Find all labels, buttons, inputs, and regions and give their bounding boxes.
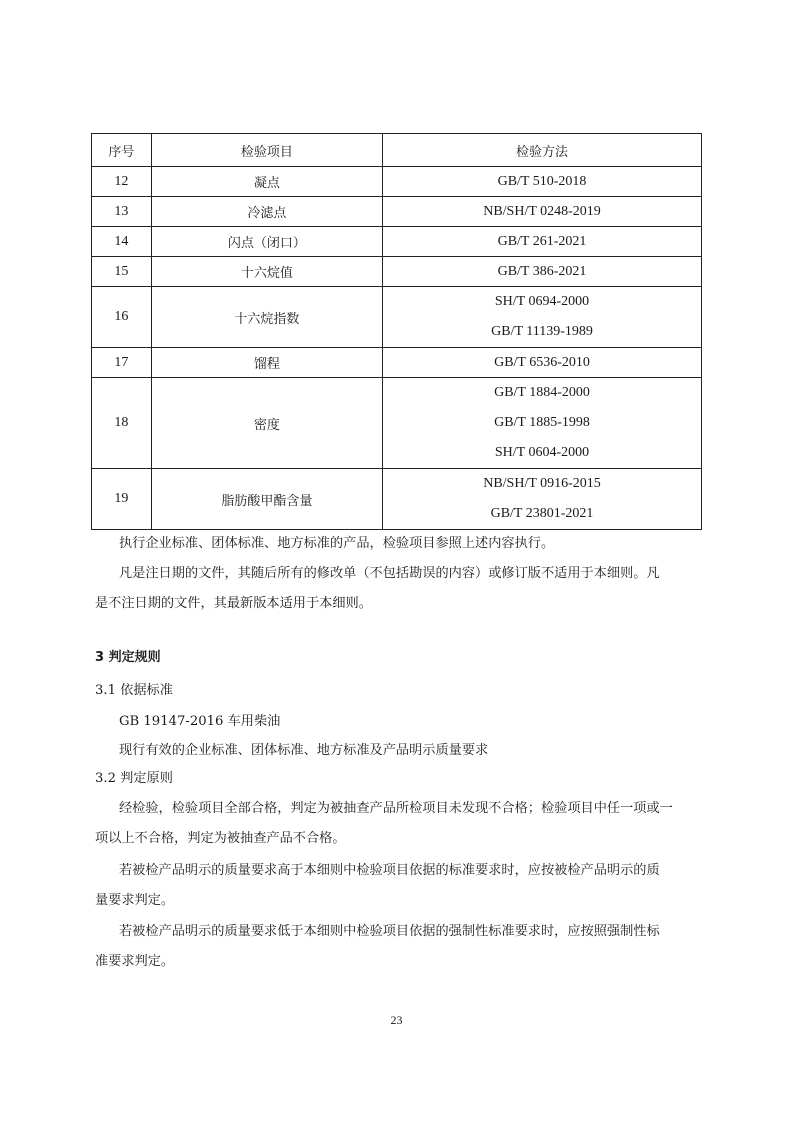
row-no: 12 bbox=[92, 167, 152, 197]
table-row: 13 冷滤点 NB/SH/T 0248-2019 bbox=[92, 197, 702, 227]
method-line: GB/T 11139-1989 bbox=[383, 317, 701, 347]
row-method: SH/T 0694-2000 GB/T 11139-1989 bbox=[383, 287, 702, 348]
row-method: NB/SH/T 0916-2015 GB/T 23801-2021 bbox=[383, 469, 702, 530]
method-line: GB/T 1885-1998 bbox=[383, 408, 701, 438]
row-no: 13 bbox=[92, 197, 152, 227]
table-row: 18 密度 GB/T 1884-2000 GB/T 1885-1998 SH/T… bbox=[92, 378, 702, 469]
header-method: 检验方法 bbox=[383, 134, 702, 167]
rule-paragraph-2-line2: 量要求判定。 bbox=[95, 893, 174, 909]
rule-paragraph-3-line1: 若被检产品明示的质量要求低于本细则中检验项目依据的强制性标准要求时，应按照强制性… bbox=[119, 924, 660, 940]
table-row: 19 脂肪酸甲酯含量 NB/SH/T 0916-2015 GB/T 23801-… bbox=[92, 469, 702, 530]
note-paragraph-1: 执行企业标准、团体标准、地方标准的产品，检验项目参照上述内容执行。 bbox=[119, 536, 554, 552]
table-row: 16 十六烷指数 SH/T 0694-2000 GB/T 11139-1989 bbox=[92, 287, 702, 348]
row-item: 十六烷值 bbox=[151, 257, 382, 287]
method-line: SH/T 0694-2000 bbox=[383, 287, 701, 317]
rule-paragraph-3-line2: 准要求判定。 bbox=[95, 954, 174, 970]
header-item: 检验项目 bbox=[151, 134, 382, 167]
row-item: 闪点（闭口） bbox=[151, 227, 382, 257]
row-item: 馏程 bbox=[151, 348, 382, 378]
table-header-row: 序号 检验项目 检验方法 bbox=[92, 134, 702, 167]
row-no: 15 bbox=[92, 257, 152, 287]
table-row: 12 凝点 GB/T 510-2018 bbox=[92, 167, 702, 197]
method-line: SH/T 0604-2000 bbox=[383, 438, 701, 468]
row-no: 18 bbox=[92, 378, 152, 469]
row-method: GB/T 1884-2000 GB/T 1885-1998 SH/T 0604-… bbox=[383, 378, 702, 469]
rule-paragraph-1-line2: 项以上不合格，判定为被抽查产品不合格。 bbox=[95, 831, 346, 847]
header-no: 序号 bbox=[92, 134, 152, 167]
row-method: GB/T 386-2021 bbox=[383, 257, 702, 287]
row-item: 脂肪酸甲酯含量 bbox=[151, 469, 382, 530]
row-method: GB/T 261-2021 bbox=[383, 227, 702, 257]
section-3-title: 3 判定规则 bbox=[95, 650, 161, 666]
method-line: NB/SH/T 0916-2015 bbox=[383, 469, 701, 499]
note-paragraph-2-line1: 凡是注日期的文件，其随后所有的修改单（不包括勘误的内容）或修订版不适用于本细则。… bbox=[119, 566, 660, 582]
row-no: 14 bbox=[92, 227, 152, 257]
row-no: 16 bbox=[92, 287, 152, 348]
inspection-methods-table: 序号 检验项目 检验方法 12 凝点 GB/T 510-2018 13 冷滤点 … bbox=[91, 133, 702, 530]
rule-paragraph-1-line1: 经检验，检验项目全部合格，判定为被抽查产品所检项目未发现不合格；检验项目中任一项… bbox=[119, 801, 673, 817]
standard-item: 现行有效的企业标准、团体标准、地方标准及产品明示质量要求 bbox=[119, 743, 488, 759]
row-no: 19 bbox=[92, 469, 152, 530]
rule-paragraph-2-line1: 若被检产品明示的质量要求高于本细则中检验项目依据的标准要求时，应按被检产品明示的… bbox=[119, 863, 660, 879]
table-row: 17 馏程 GB/T 6536-2010 bbox=[92, 348, 702, 378]
row-method: NB/SH/T 0248-2019 bbox=[383, 197, 702, 227]
section-3-2-title: 3.2 判定原则 bbox=[95, 771, 173, 787]
table-row: 15 十六烷值 GB/T 386-2021 bbox=[92, 257, 702, 287]
row-no: 17 bbox=[92, 348, 152, 378]
note-paragraph-2-line2: 是不注日期的文件，其最新版本适用于本细则。 bbox=[95, 596, 372, 612]
standard-item: GB 19147-2016 车用柴油 bbox=[119, 714, 280, 730]
table-row: 14 闪点（闭口） GB/T 261-2021 bbox=[92, 227, 702, 257]
row-item: 十六烷指数 bbox=[151, 287, 382, 348]
row-method: GB/T 6536-2010 bbox=[383, 348, 702, 378]
method-line: GB/T 1884-2000 bbox=[383, 378, 701, 408]
method-line: GB/T 23801-2021 bbox=[383, 499, 701, 529]
row-item: 密度 bbox=[151, 378, 382, 469]
page-number: 23 bbox=[0, 1013, 793, 1028]
row-method: GB/T 510-2018 bbox=[383, 167, 702, 197]
row-item: 凝点 bbox=[151, 167, 382, 197]
row-item: 冷滤点 bbox=[151, 197, 382, 227]
section-3-1-title: 3.1 依据标准 bbox=[95, 683, 173, 699]
